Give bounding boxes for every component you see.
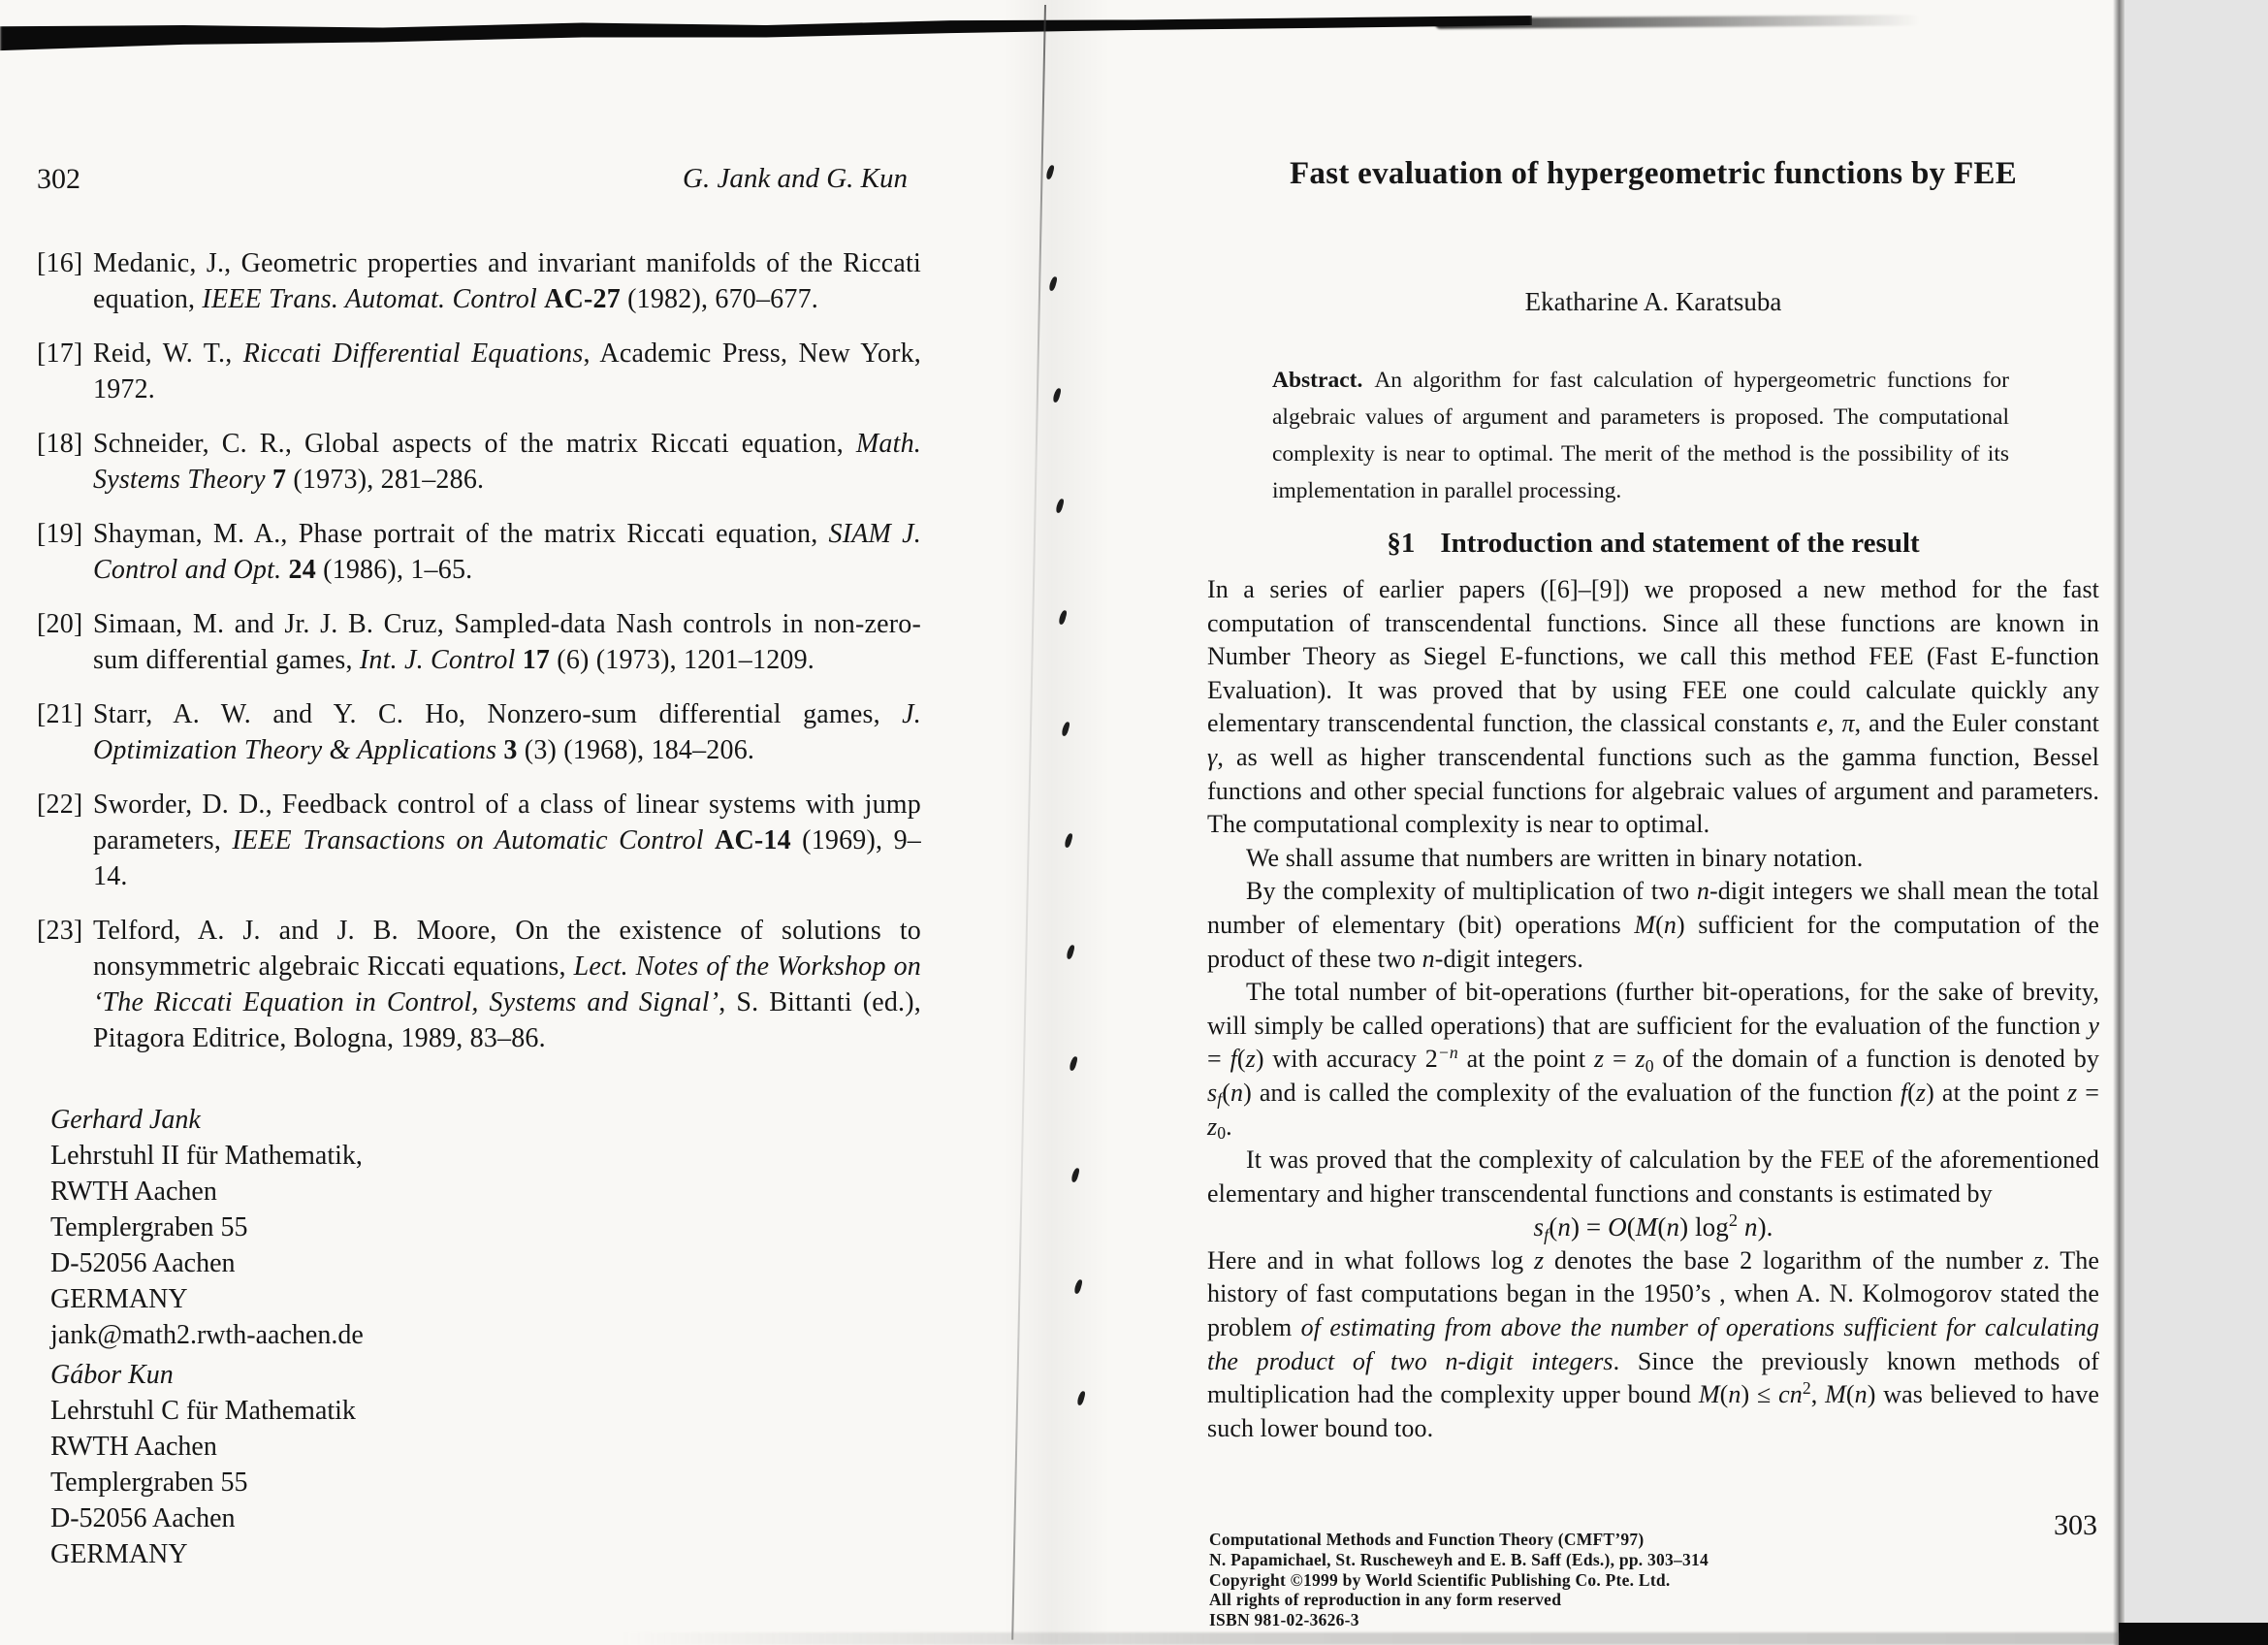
footer-line: Copyright ©1999 by World Scientific Publ… xyxy=(1209,1570,1888,1591)
top-binding-shadow xyxy=(0,0,1532,60)
reference-text: Medanic, J., Geometric properties and in… xyxy=(93,248,921,314)
left-page-header: 302 G. Jank and G. Kun xyxy=(37,163,921,204)
address-line: Lehrstuhl C für Mathematik xyxy=(50,1393,356,1429)
footer-line: All rights of reproduction in any form r… xyxy=(1209,1590,1888,1610)
running-head: G. Jank and G. Kun xyxy=(683,163,908,195)
scan-corner-shadow xyxy=(2119,1623,2268,1645)
address-line: Templergraben 55 xyxy=(50,1210,364,1245)
author-address-block: Gábor Kun Lehrstuhl C für Mathematik RWT… xyxy=(50,1357,356,1572)
reference-text: Shayman, M. A., Phase portrait of the ma… xyxy=(93,519,921,585)
abstract-label: Abstract. xyxy=(1272,368,1362,393)
author-email: jank@math2.rwth-aachen.de xyxy=(50,1317,364,1353)
author-name: Gerhard Jank xyxy=(50,1102,364,1138)
reference-label: [22] xyxy=(37,787,82,822)
footer-line: ISBN 981-02-3626-3 xyxy=(1209,1610,1888,1630)
reference-text: Schneider, C. R., Global aspects of the … xyxy=(93,429,921,495)
reference-item: [21] Starr, A. W. and Y. C. Ho, Nonzero-… xyxy=(37,696,921,768)
reference-text: Simaan, M. and Jr. J. B. Cruz, Sampled-d… xyxy=(93,609,921,675)
body-paragraph: We shall assume that numbers are written… xyxy=(1207,842,2099,876)
body-paragraph: Here and in what follows log z denotes t… xyxy=(1207,1244,2099,1446)
section-number: §1 xyxy=(1387,528,1415,559)
address-line: Templergraben 55 xyxy=(50,1465,356,1500)
reference-item: [23] Telford, A. J. and J. B. Moore, On … xyxy=(37,913,921,1056)
address-line: RWTH Aachen xyxy=(50,1174,364,1210)
article-title: Fast evaluation of hypergeometric functi… xyxy=(1207,156,2099,192)
right-page-number: 303 xyxy=(2054,1509,2097,1542)
reference-text: Sworder, D. D., Feedback control of a cl… xyxy=(93,790,921,891)
bottom-scan-noise xyxy=(621,1632,2119,1645)
address-line: D-52056 Aachen xyxy=(50,1500,356,1536)
reference-label: [17] xyxy=(37,336,82,371)
article-body: In a series of earlier papers ([6]–[9]) … xyxy=(1207,573,2099,1445)
body-paragraph: It was proved that the complexity of cal… xyxy=(1207,1144,2099,1210)
address-line: Lehrstuhl II für Mathematik, xyxy=(50,1138,364,1174)
center-fold-shading xyxy=(1004,0,1110,1645)
reference-text: Starr, A. W. and Y. C. Ho, Nonzero-sum d… xyxy=(93,699,921,765)
reference-item: [16] Medanic, J., Geometric properties a… xyxy=(37,245,921,317)
scanned-book-spread: 302 G. Jank and G. Kun [16] Medanic, J.,… xyxy=(0,0,2268,1645)
author-address-block: Gerhard Jank Lehrstuhl II für Mathematik… xyxy=(50,1102,364,1353)
section-heading-text: Introduction and statement of the result xyxy=(1440,528,1919,559)
reference-item: [18] Schneider, C. R., Global aspects of… xyxy=(37,426,921,498)
display-formula: sf(n) = O(M(n) log2 n). xyxy=(1207,1210,2099,1244)
reference-label: [19] xyxy=(37,516,82,552)
copyright-footer: Computational Methods and Function Theor… xyxy=(1209,1530,1888,1630)
article-author: Ekatharine A. Karatsuba xyxy=(1207,287,2099,317)
scanner-background xyxy=(2124,0,2268,1645)
body-paragraph: By the complexity of multiplication of t… xyxy=(1207,875,2099,976)
footer-line: N. Papamichael, St. Ruscheweyh and E. B.… xyxy=(1209,1550,1888,1570)
abstract-text: An algorithm for fast calculation of hyp… xyxy=(1272,368,2009,503)
reference-label: [20] xyxy=(37,606,82,642)
reference-item: [20] Simaan, M. and Jr. J. B. Cruz, Samp… xyxy=(37,606,921,678)
address-line: GERMANY xyxy=(50,1281,364,1317)
top-binding-shadow-fade xyxy=(1435,15,1920,28)
section-heading: §1Introduction and statement of the resu… xyxy=(1207,528,2099,560)
reference-label: [23] xyxy=(37,913,82,949)
reference-text: Reid, W. T., Riccati Differential Equati… xyxy=(93,339,921,404)
author-name: Gábor Kun xyxy=(50,1357,356,1393)
reference-text: Telford, A. J. and J. B. Moore, On the e… xyxy=(93,916,921,1053)
reference-label: [16] xyxy=(37,245,82,281)
footer-line: Computational Methods and Function Theor… xyxy=(1209,1530,1888,1550)
left-page-number: 302 xyxy=(37,163,80,196)
abstract: Abstract.An algorithm for fast calculati… xyxy=(1272,362,2009,509)
address-line: D-52056 Aachen xyxy=(50,1245,364,1281)
reference-list: [16] Medanic, J., Geometric properties a… xyxy=(37,245,921,1075)
body-paragraph: In a series of earlier papers ([6]–[9]) … xyxy=(1207,573,2099,842)
reference-label: [21] xyxy=(37,696,82,732)
reference-item: [17] Reid, W. T., Riccati Differential E… xyxy=(37,336,921,407)
reference-item: [19] Shayman, M. A., Phase portrait of t… xyxy=(37,516,921,588)
address-line: RWTH Aachen xyxy=(50,1429,356,1465)
page-edge-shadow xyxy=(2113,0,2124,1645)
reference-item: [22] Sworder, D. D., Feedback control of… xyxy=(37,787,921,894)
body-paragraph: The total number of bit-operations (furt… xyxy=(1207,976,2099,1144)
reference-label: [18] xyxy=(37,426,82,462)
address-line: GERMANY xyxy=(50,1536,356,1572)
